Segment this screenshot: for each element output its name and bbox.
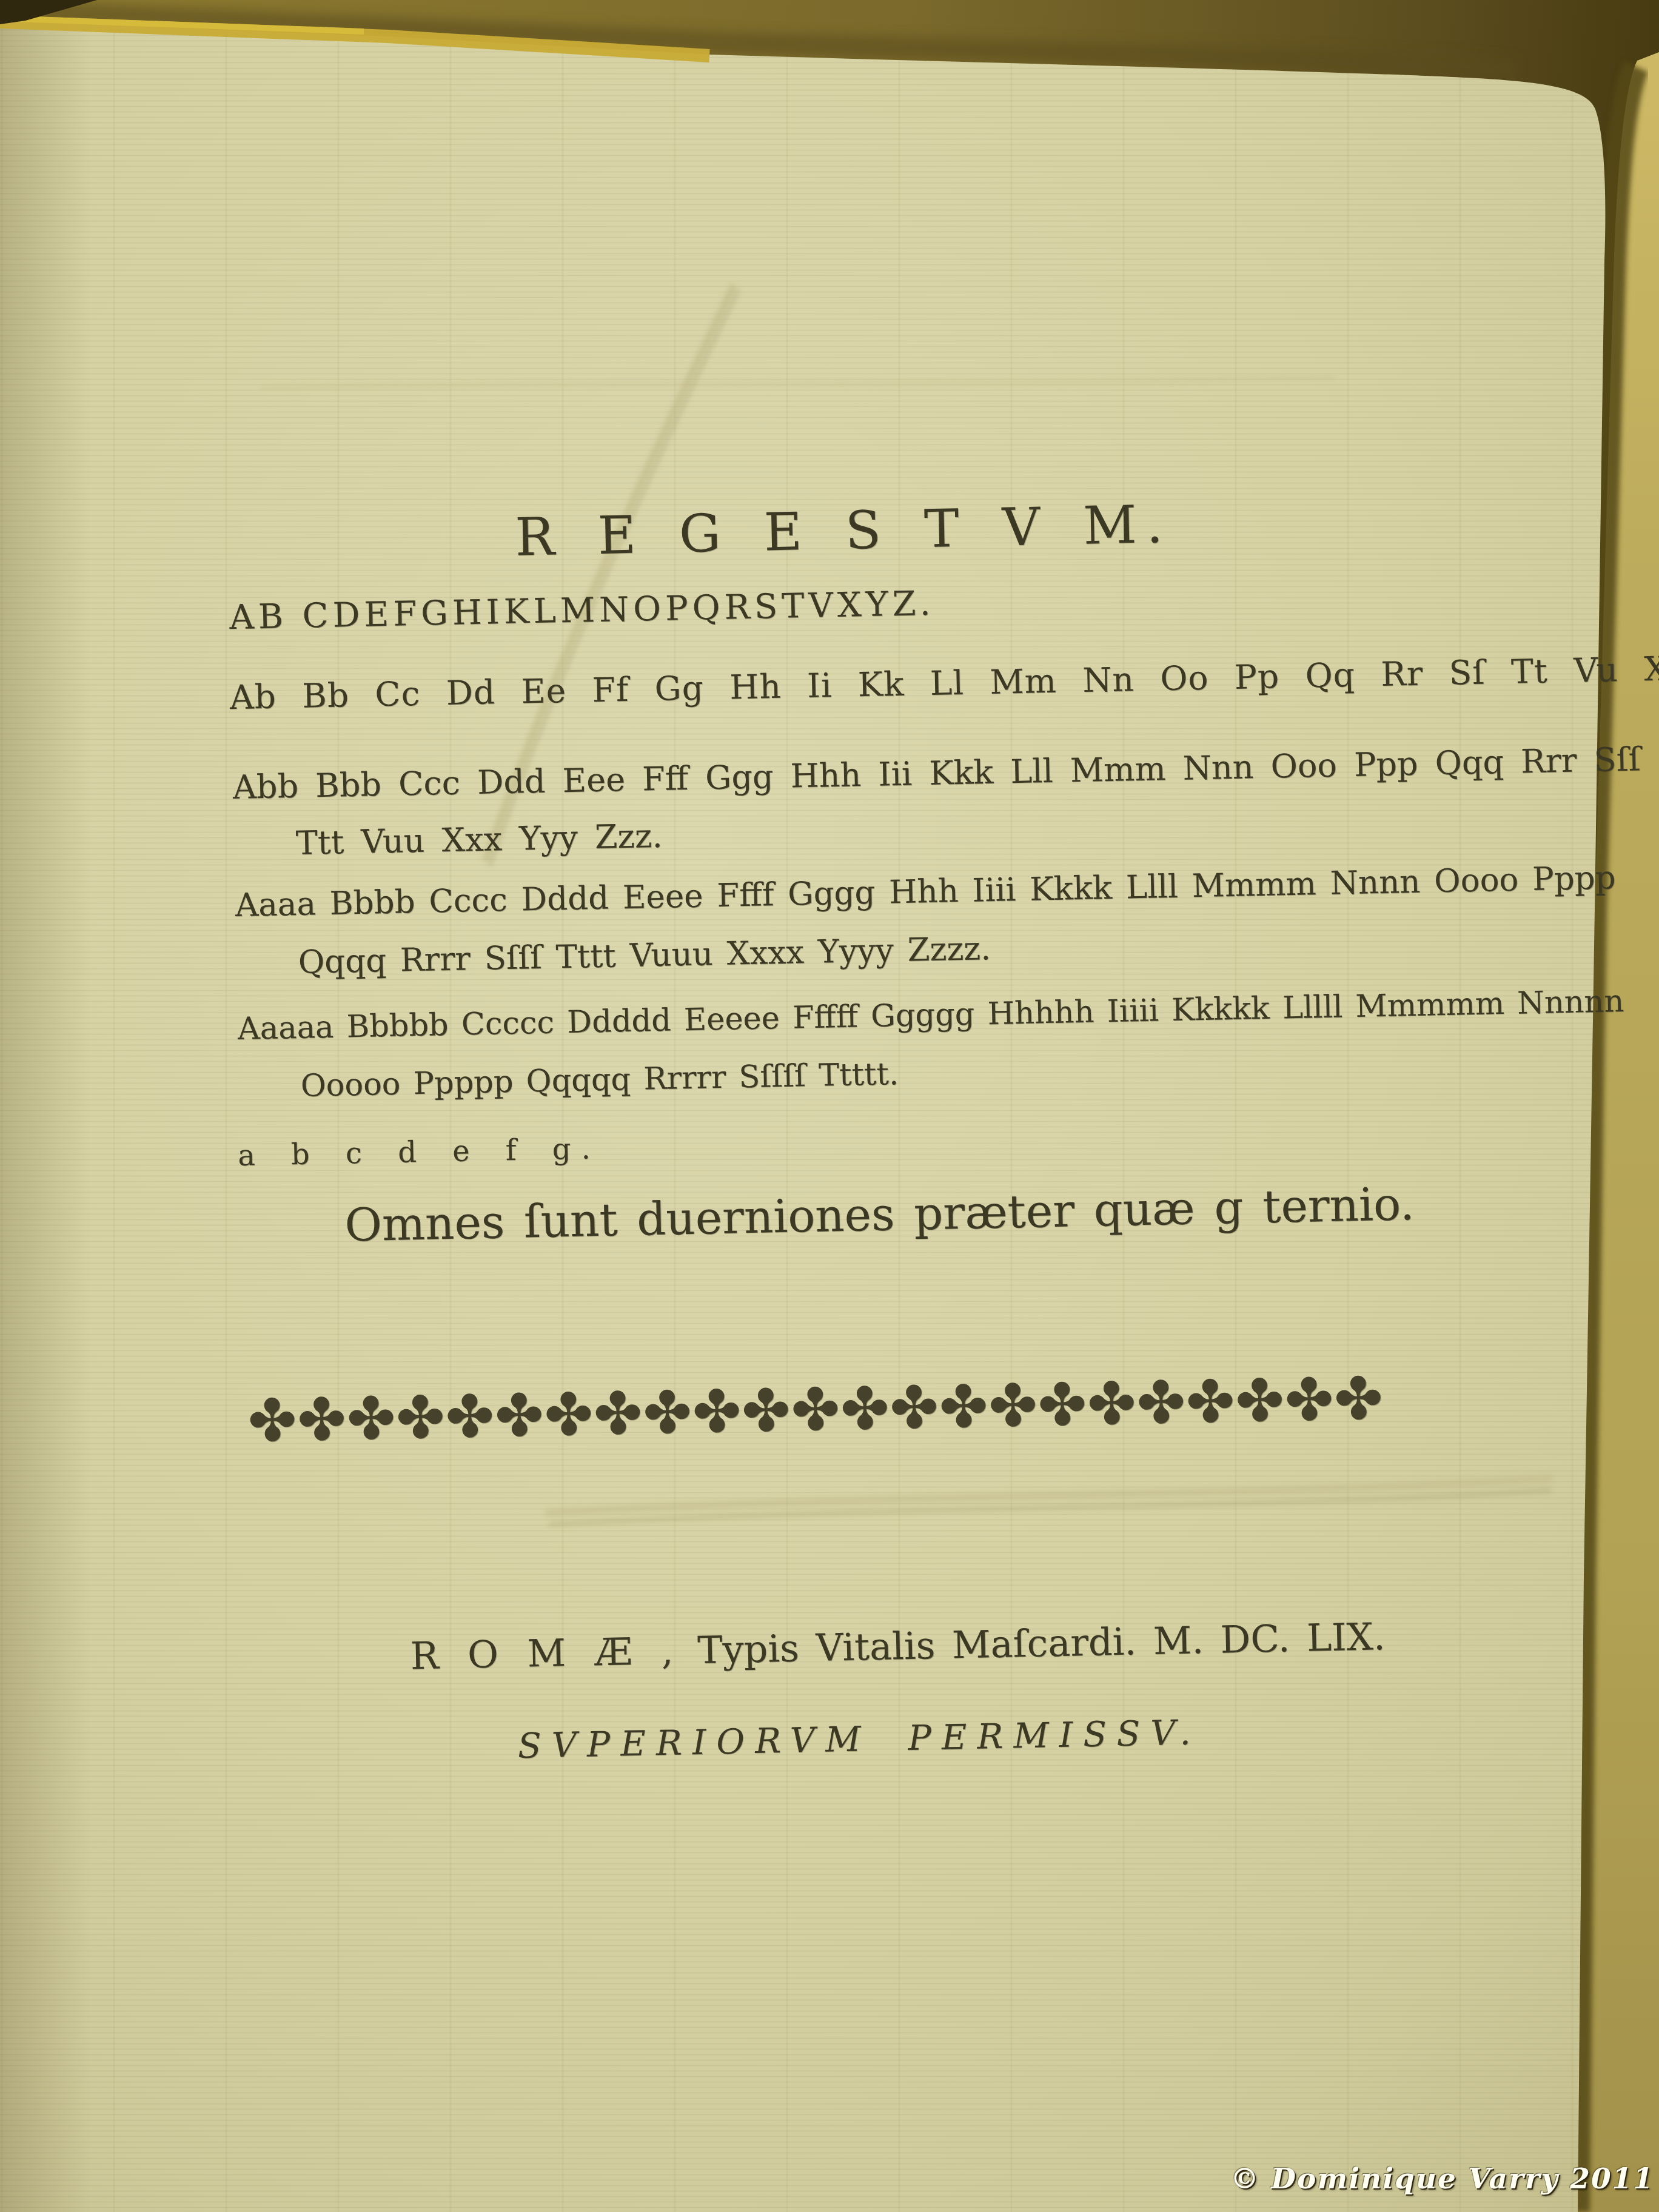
page-text-block: R E G E S T V M. AB CDEFGHIKLMNOPQRSTVXY… <box>0 0 1659 2212</box>
imprint-line: R O M Æ ,Typis Vitalis Maſcardi. M. DC. … <box>410 1614 1386 1678</box>
register-quints: Aaaaa Bbbbb Ccccc Ddddd Eeeee Fffff Gggg… <box>237 973 1626 1117</box>
imprint-details: Typis Vitalis Maſcardi. M. DC. LIX. <box>697 1614 1386 1672</box>
register-lowercase: a b c d e f g. <box>238 1131 602 1173</box>
book-photo: R E G E S T V M. AB CDEFGHIKLMNOPQRSTVXY… <box>0 0 1659 2212</box>
register-triples: Abb Bbb Ccc Ddd Eee Fff Ggg Hhh Iii Kkk … <box>232 731 1642 873</box>
imprint-place: R O M Æ , <box>410 1629 682 1678</box>
register-pairs: Ab Bb Cc Dd Ee Ff Gg Hh Ii Kk Ll Mm Nn O… <box>229 646 1659 717</box>
collation-note: Omnes ſunt duerniones præter quæ g terni… <box>344 1177 1415 1252</box>
page-title: R E G E S T V M. <box>515 494 1173 568</box>
register-quads: Aaaa Bbbb Cccc Dddd Eeee Ffff Gggg Hhh I… <box>235 849 1618 993</box>
permission-line: SVPERIORVM PERMISSV. <box>517 1712 1201 1766</box>
register-alphabet-caps: AB CDEFGHIKLMNOPQRSTVXYZ. <box>229 584 935 637</box>
fleuron-ornament-row: ✤✤✤✤✤✤✤✤✤✤✤✤✤✤✤✤✤✤✤✤✤✤✤ <box>247 1364 1384 1455</box>
photo-credit-watermark: © Dominique Varry 2011 <box>1230 2162 1654 2196</box>
